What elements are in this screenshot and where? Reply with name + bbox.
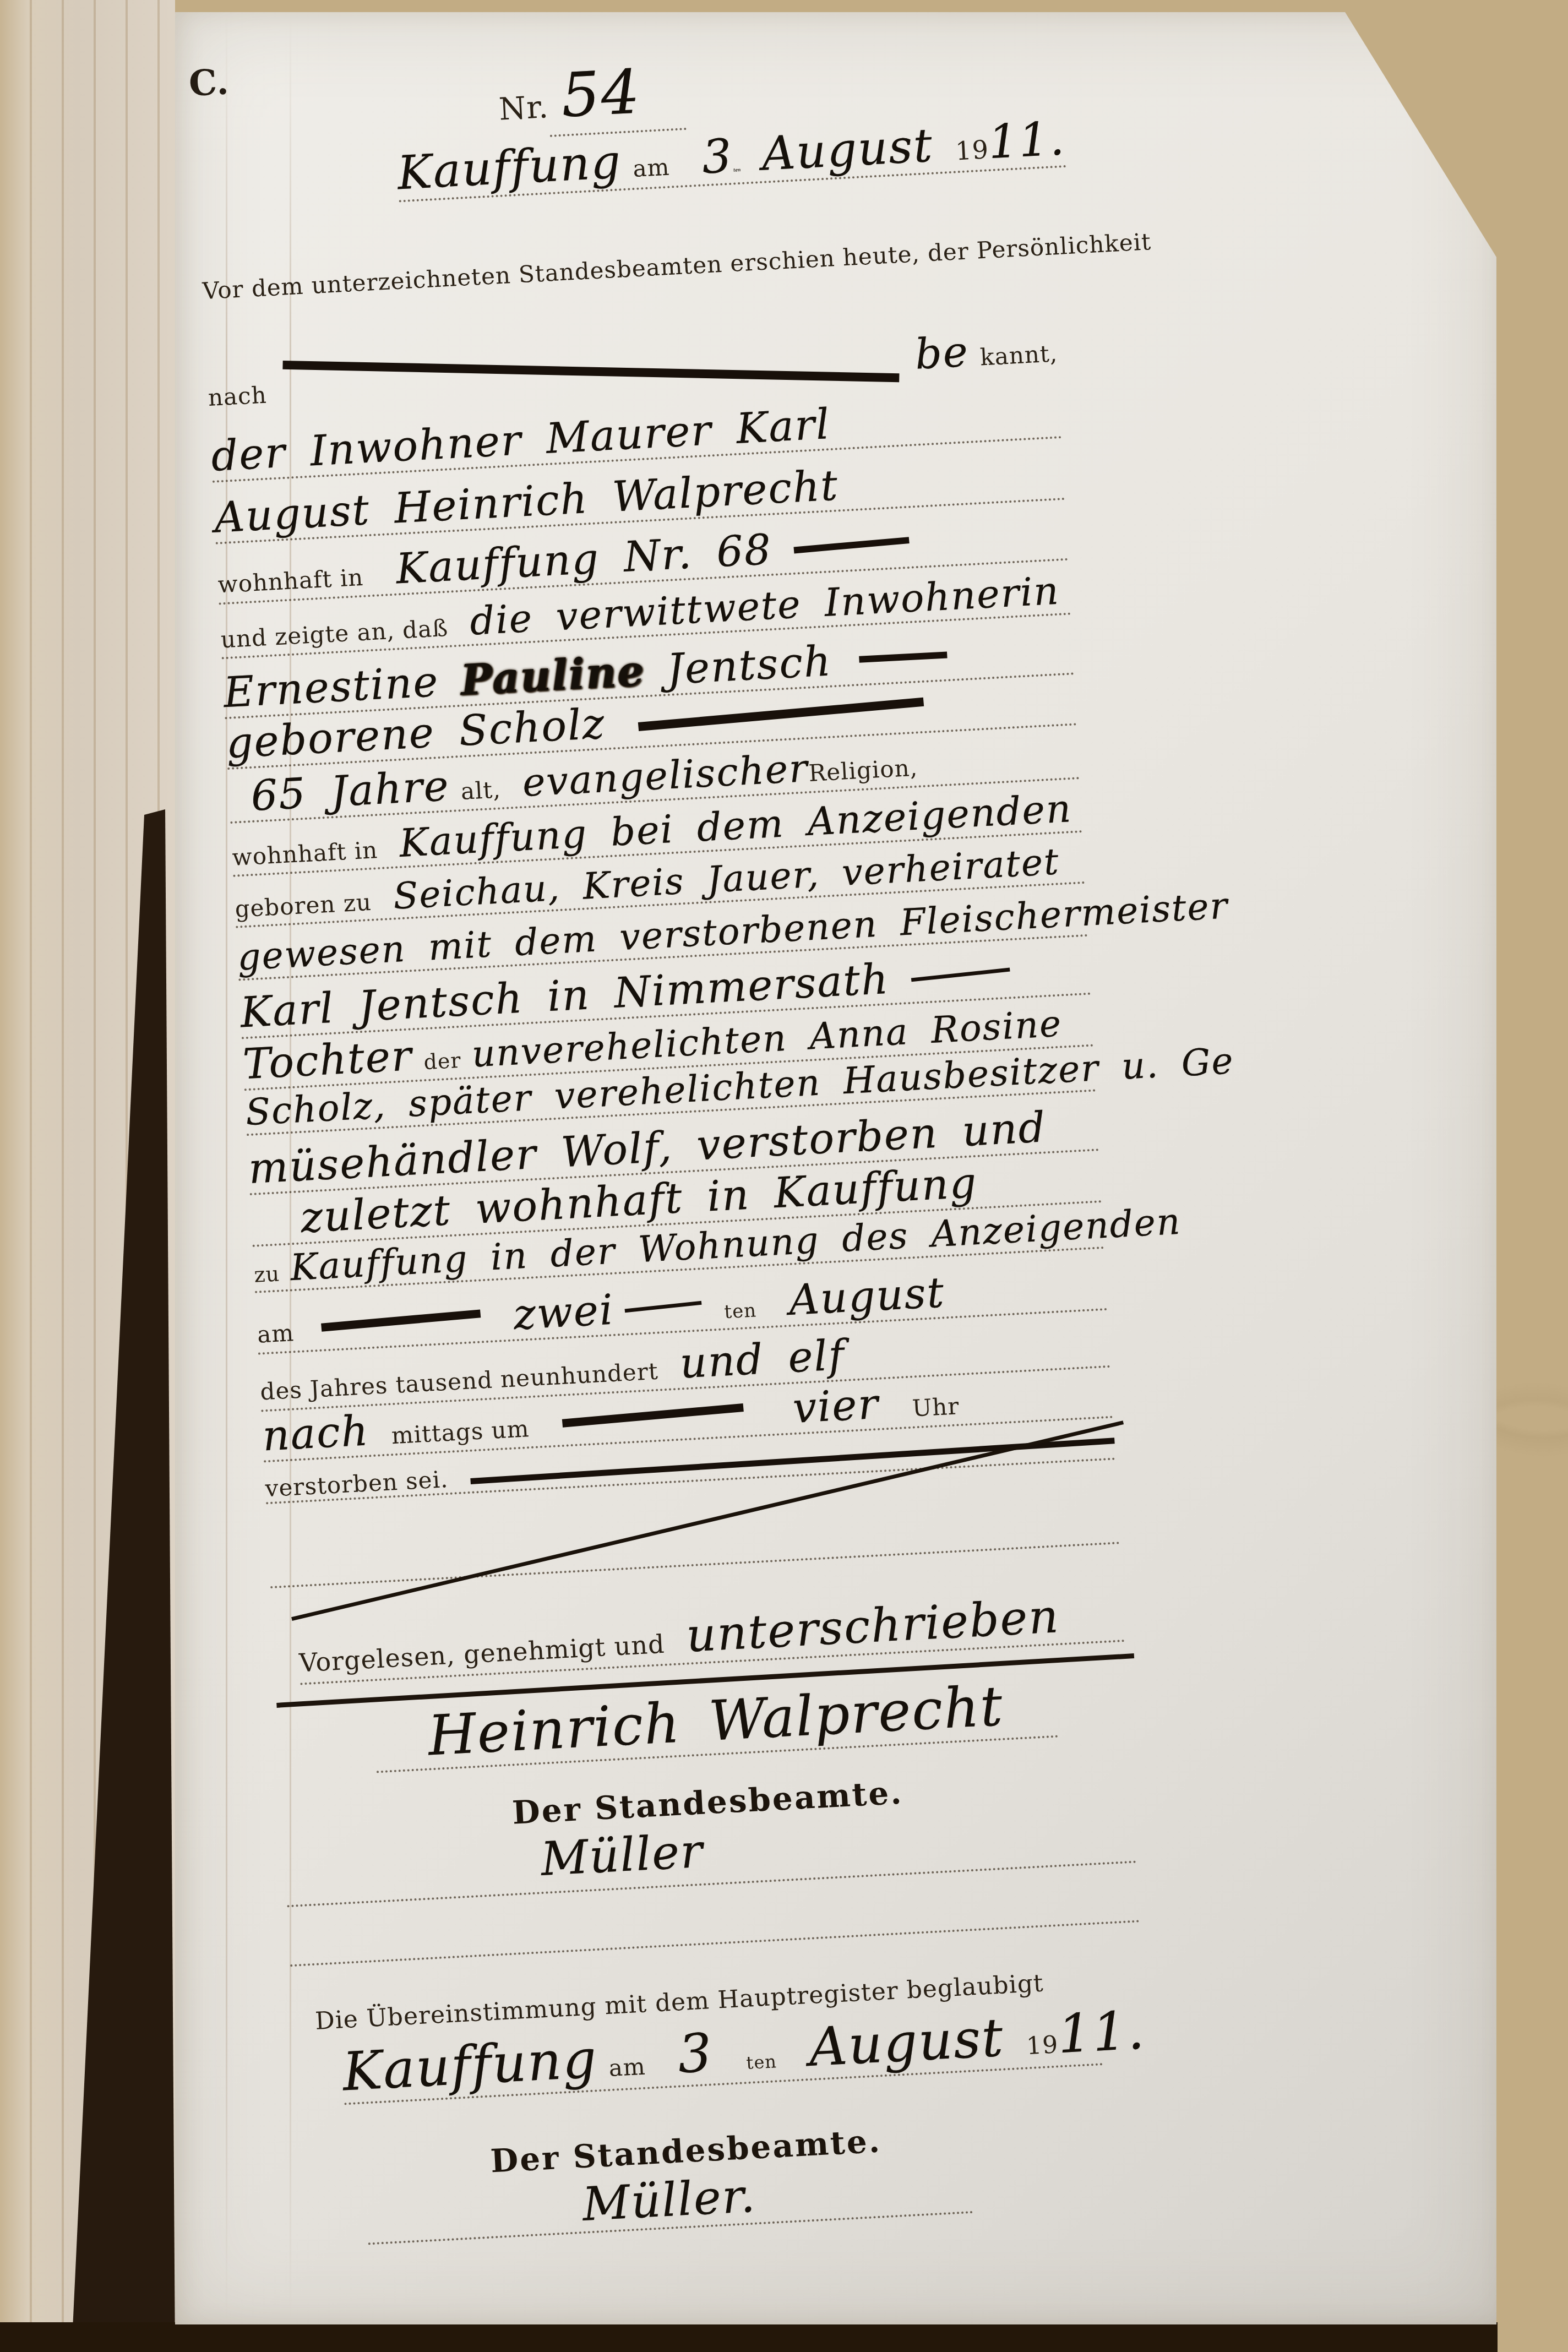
certification-month: August <box>808 2007 1006 2078</box>
header-month-written: August <box>760 118 934 181</box>
death-month-value: August <box>788 1267 946 1325</box>
wohnhaft2-label: wohnhaft in <box>231 836 378 871</box>
religion-value: evangelischer <box>521 745 809 805</box>
zu-label: zu <box>253 1261 280 1287</box>
uhr-label: Uhr <box>912 1392 960 1422</box>
wohnhaft-value: Kauffung Nr. 68 <box>395 525 773 594</box>
underlying-page-watermark <box>1487 1255 1568 1597</box>
ten-label: ten <box>723 1299 757 1323</box>
hour-value: vier <box>792 1379 880 1433</box>
am-label: am <box>257 1319 295 1348</box>
death-day-value: zwei <box>512 1285 615 1339</box>
record-number-value: 54 <box>559 56 642 130</box>
nach-label: nach <box>208 382 268 412</box>
certification-year-printed: 19 <box>1026 2030 1059 2060</box>
bekannt-written: be <box>914 327 970 379</box>
empty-ruled-line <box>290 1914 1140 1967</box>
declarant-signature-row: Heinrich Walprecht <box>373 1671 1059 1773</box>
religion-label: Religion, <box>808 754 918 787</box>
deceased-first-name: Ernestine <box>222 657 440 717</box>
document-content: C. Nr. 54 Kauffung am 3ten August 19 11.… <box>154 0 1554 2325</box>
deceased-last-name: Jentsch <box>666 636 833 694</box>
intro-text: Vor dem unterzeichneten Standesbeamten e… <box>202 228 1152 304</box>
dash-stroke <box>794 537 910 553</box>
header-am-label: am <box>632 154 670 182</box>
tochter-written: Tochter <box>242 1031 413 1088</box>
der-label: der <box>423 1048 461 1074</box>
bekannt-label: kannt, <box>979 340 1058 371</box>
mittag-written: nach <box>261 1406 370 1460</box>
record-number-label: Nr. <box>498 89 550 128</box>
deceased-corrected-name: Pauline <box>460 646 646 704</box>
photographed-register-page: { "colors": { "ink": "#15100a", "printed… <box>0 0 1568 2352</box>
dash-stroke <box>859 651 947 662</box>
empty-ruled-line <box>270 1536 1120 1588</box>
certification-year-written: 11. <box>1056 1999 1146 2065</box>
section-letter: C. <box>188 61 230 105</box>
header-year-printed: 19 <box>955 134 989 166</box>
verstorben-label: verstorben sei. <box>265 1466 449 1502</box>
record-number-row: Nr. 54 <box>497 54 687 140</box>
vorgelesen-written: unterschrieben <box>685 1589 1061 1662</box>
certification-day-suffix: ten <box>746 2051 777 2073</box>
dash-stroke <box>911 968 1010 982</box>
header-date-row: Kauffung am 3ten August 19 11. <box>396 111 1067 202</box>
declarant-signature: Heinrich Walprecht <box>427 1674 1005 1768</box>
certification-am-label: am <box>608 2053 646 2082</box>
intro-row: Vor dem unterzeichneten Standesbeamten e… <box>202 228 1152 304</box>
header-day-written: 3 <box>701 129 734 184</box>
table-surface <box>0 2322 1498 2352</box>
header-day-suffix: ten <box>733 167 741 173</box>
record-number-underline: 54 <box>546 54 687 137</box>
certification-day: 3 <box>677 2022 715 2085</box>
vorgelesen-label: Vorgelesen, genehmigt und <box>298 1629 666 1678</box>
blank-dash <box>321 1309 481 1331</box>
age-value: 65 Jahre <box>250 761 451 820</box>
dash-stroke <box>638 697 924 731</box>
header-year-written: 11. <box>987 111 1067 169</box>
alt-label: alt, <box>460 776 502 805</box>
geboren-label: geboren zu <box>234 889 372 923</box>
dash-stroke <box>625 1301 702 1313</box>
jahres-value: und elf <box>679 1330 846 1388</box>
certification-registrar-signature: Müller. <box>581 2169 757 2231</box>
wohnhaft-label: wohnhaft in <box>217 564 364 598</box>
blank-dash <box>562 1403 743 1428</box>
register-page: C. Nr. 54 Kauffung am 3ten August 19 11.… <box>175 12 1496 2324</box>
certification-place: Kauffung <box>341 2028 599 2103</box>
header-place-written: Kauffung <box>396 134 623 200</box>
form-section-letter: C. <box>188 61 230 105</box>
vorgelesen-row: Vorgelesen, genehmigt und unterschrieben <box>297 1586 1125 1685</box>
mittags-label: mittags um <box>391 1415 530 1449</box>
blank-fill-stroke <box>282 360 899 382</box>
zeigte-label: und zeigte an, daß <box>220 614 449 654</box>
